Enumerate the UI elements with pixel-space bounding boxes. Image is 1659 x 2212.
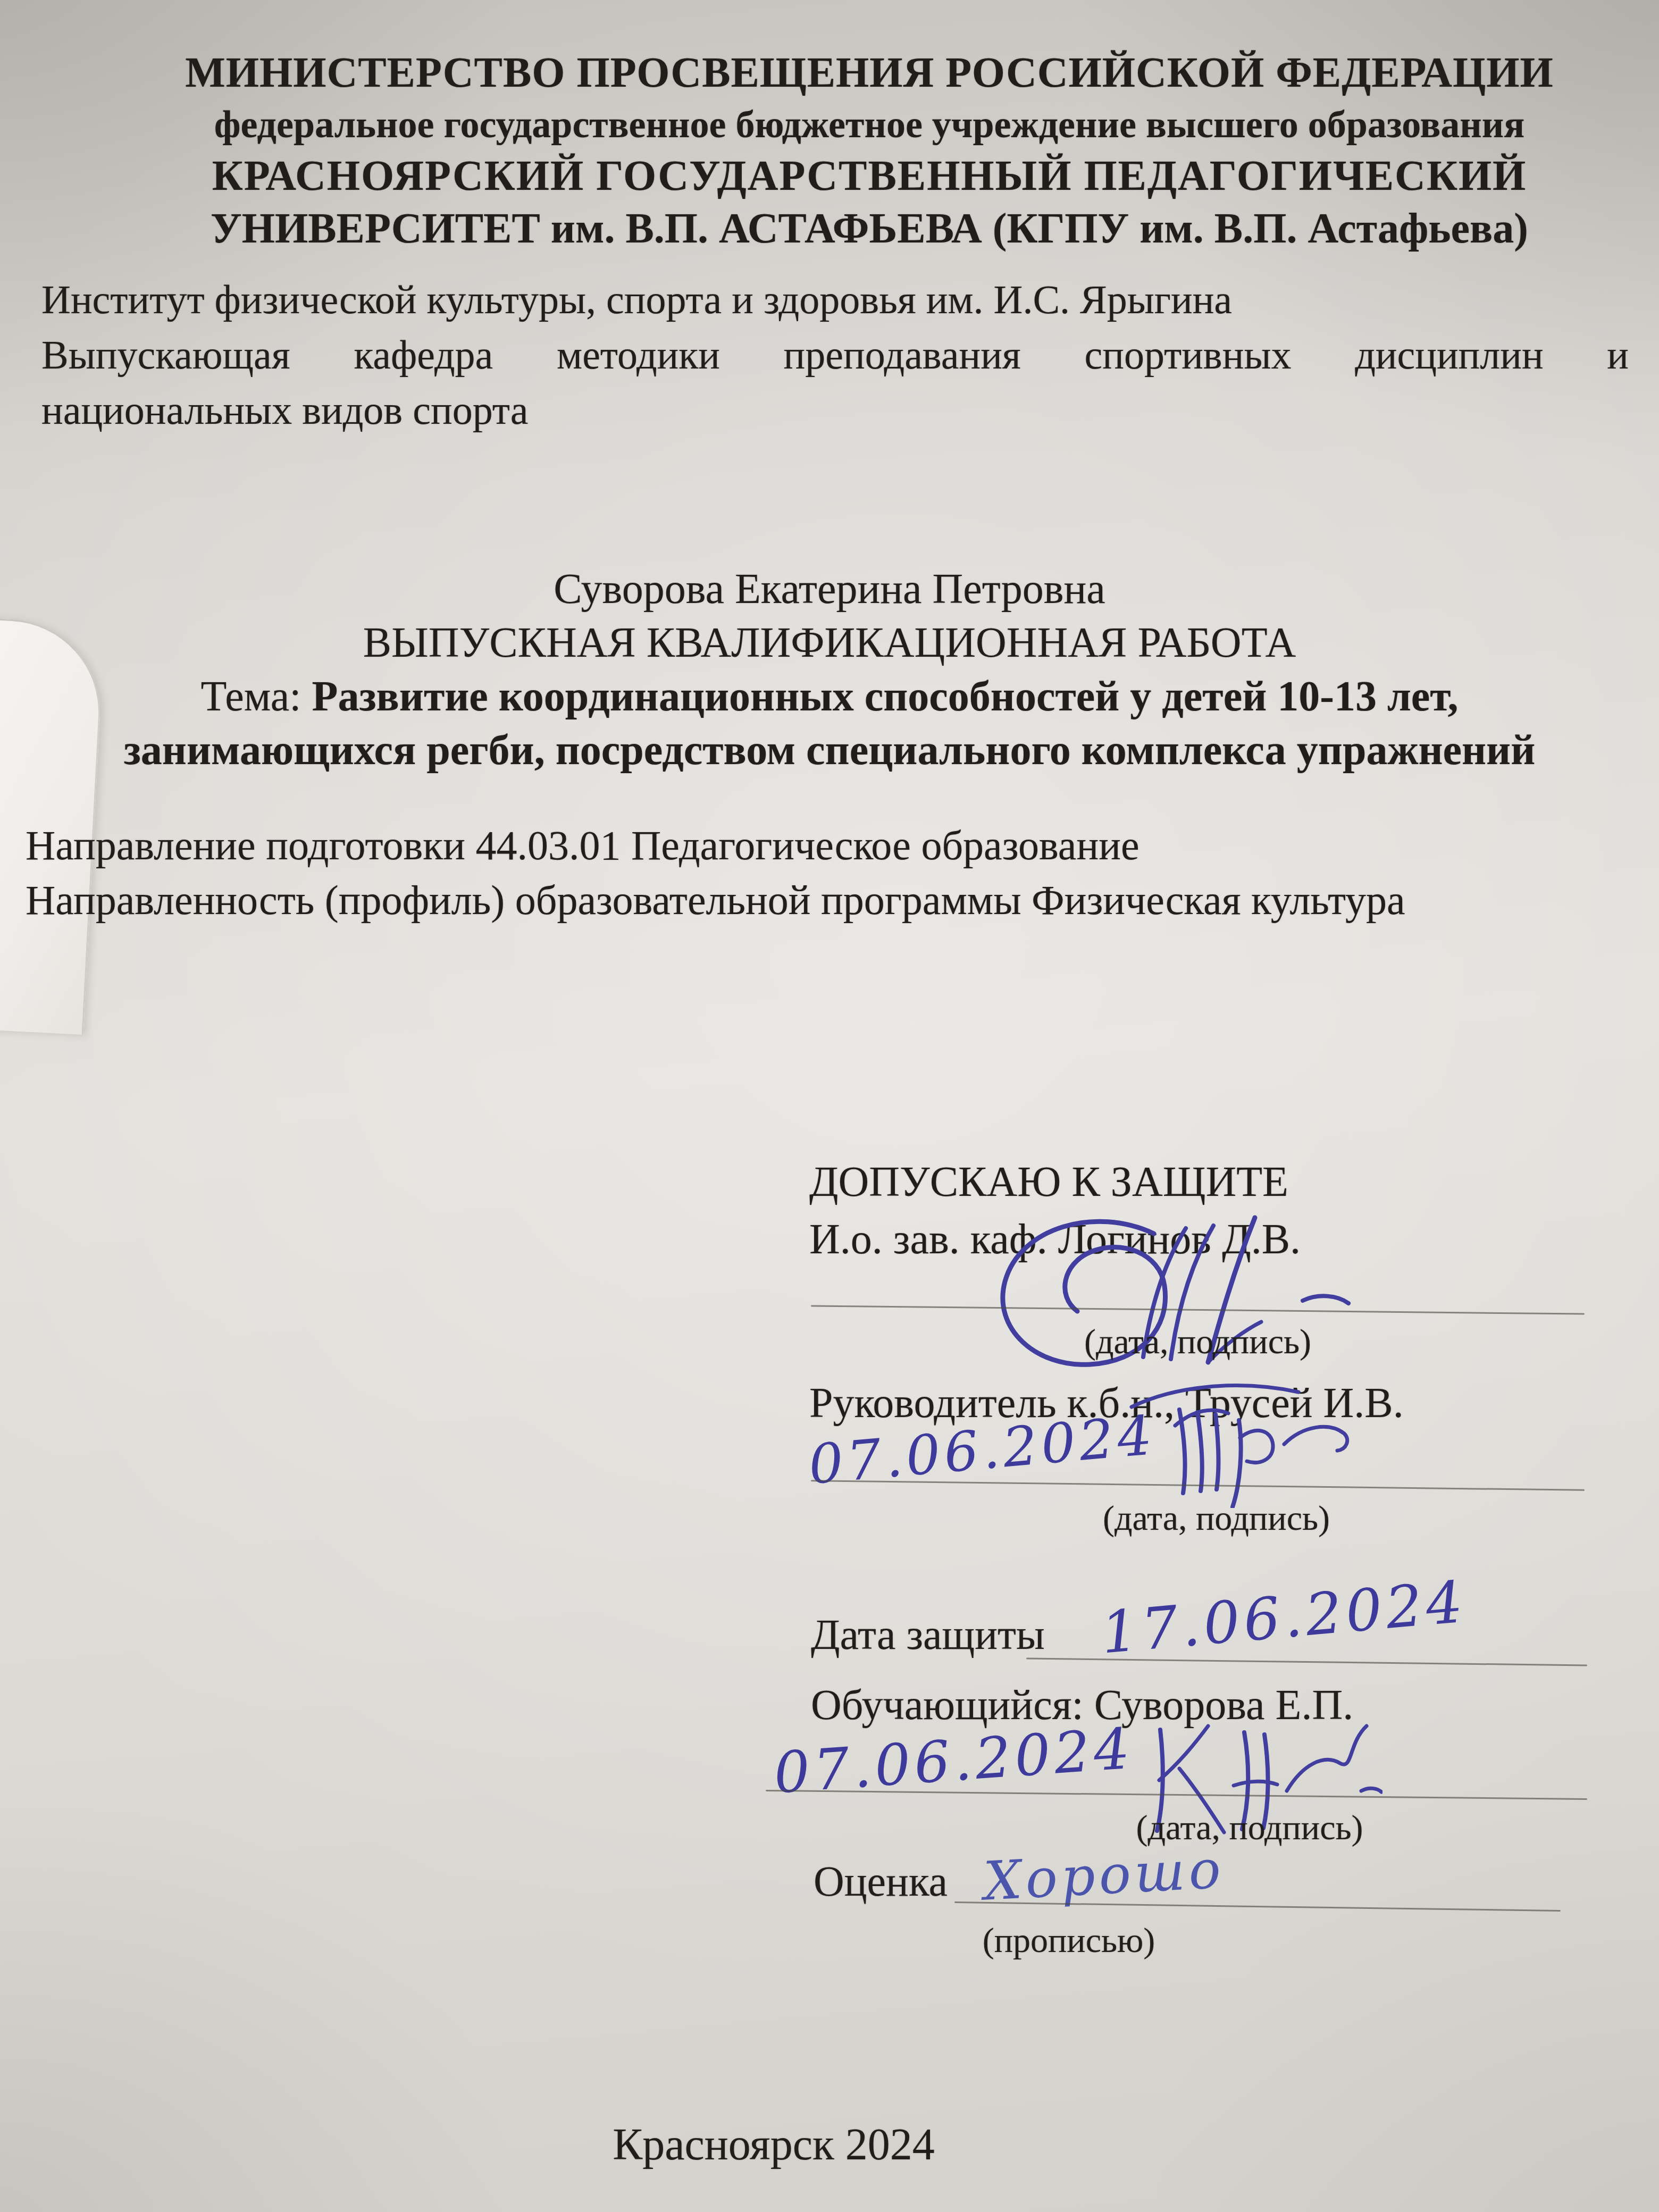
grade-caption: (прописью)	[954, 1921, 1183, 1961]
program-direction: Направление подготовки 44.03.01 Педагоги…	[26, 818, 1626, 873]
grade-label: Оценка	[814, 1858, 948, 1906]
grade-handwritten: Хорошо	[982, 1838, 1226, 1913]
document-photo: МИНИСТЕРСТВО ПРОСВЕЩЕНИЯ РОССИЙСКОЙ ФЕДЕ…	[0, 0, 1659, 2212]
program-profile: Направленность (профиль) образовательной…	[26, 873, 1626, 927]
program-block: Направление подготовки 44.03.01 Педагоги…	[26, 818, 1626, 927]
city-year: Красноярск 2024	[0, 2119, 1603, 2171]
date-sign-caption-3: (дата, подпись)	[904, 1808, 1595, 1848]
university-name-line2: УНИВЕРСИТЕТ им. В.П. АСТАФЬЕВА (КГПУ им.…	[80, 202, 1659, 255]
defense-date-label: Дата защиты	[811, 1611, 1045, 1660]
defense-date-handwritten: 17.06.2024	[1099, 1569, 1469, 1667]
ministry-header: МИНИСТЕРСТВО ПРОСВЕЩЕНИЯ РОССИЙСКОЙ ФЕДЕ…	[0, 47, 1659, 255]
author-name: Суворова Екатерина Петровна	[0, 563, 1659, 616]
institute-line: Институт физической культуры, спорта и з…	[41, 272, 1629, 328]
work-type: ВЫПУСКНАЯ КВАЛИФИКАЦИОННАЯ РАБОТА	[0, 616, 1659, 670]
theme-line2: занимающихся регби, посредством специаль…	[0, 724, 1659, 777]
title-block: Суворова Екатерина Петровна ВЫПУСКНАЯ КВ…	[0, 563, 1659, 777]
date-sign-caption-2: (дата, подпись)	[829, 1498, 1603, 1539]
institute-block: Институт физической культуры, спорта и з…	[41, 272, 1629, 438]
supervisor-signature	[1159, 1380, 1356, 1508]
institution-type-line: федеральное государственное бюджетное уч…	[80, 99, 1659, 150]
ministry-line: МИНИСТЕРСТВО ПРОСВЕЩЕНИЯ РОССИЙСКОЙ ФЕДЕ…	[80, 47, 1659, 99]
kafedra-line1: Выпускающая кафедра методики преподавани…	[41, 328, 1629, 383]
date-sign-caption-1: (дата, подпись)	[811, 1322, 1585, 1362]
university-name-line1: КРАСНОЯРСКИЙ ГОСУДАРСТВЕННЫЙ ПЕДАГОГИЧЕС…	[80, 150, 1659, 202]
kafedra-line2: национальных видов спорта	[41, 383, 1629, 438]
theme-line1: Тема: Развитие координационных способнос…	[0, 670, 1659, 724]
theme-text1: Развитие координационных способностей у …	[312, 673, 1459, 720]
theme-label: Тема:	[200, 673, 301, 720]
